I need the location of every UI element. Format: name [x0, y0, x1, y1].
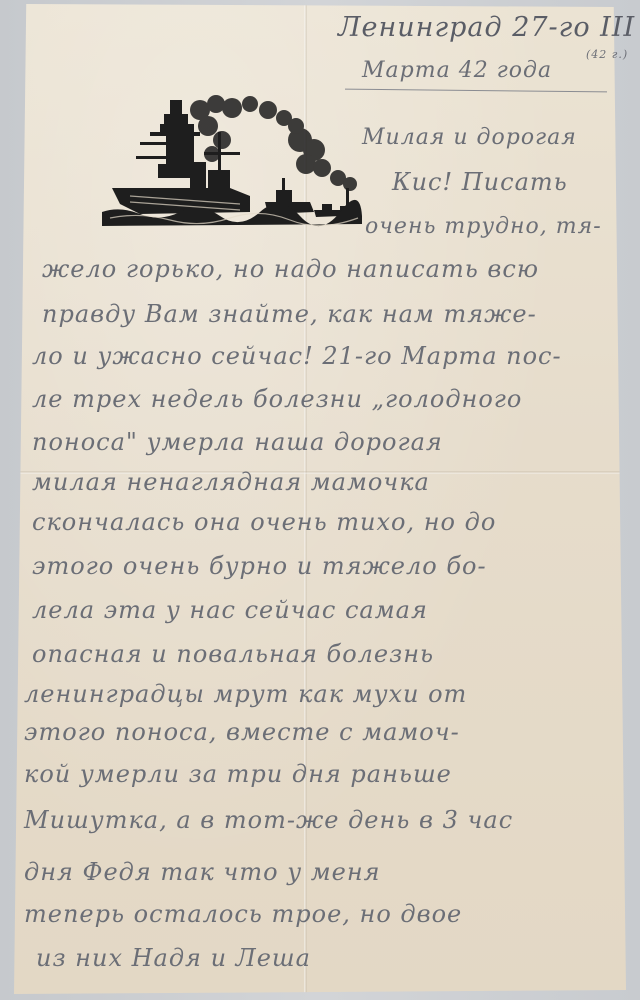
letter-margin-note: (42 г.): [586, 48, 628, 61]
letter-line-11: этого очень бурно и тяжело бо-: [32, 552, 487, 580]
letter-line-8: поноса" умерла наша дорогая: [32, 428, 443, 456]
letter-line-9: милая ненаглядная мамочка: [32, 468, 430, 496]
letter-line-14: ленинградцы мрут как мухи от: [24, 680, 467, 708]
letter-month-year: Марта 42 года: [362, 58, 552, 83]
letter-line-2: Кис! Писать: [392, 168, 568, 196]
letter-place-date: Ленинград 27-го III: [338, 12, 635, 43]
letter-line-6: ло и ужасно сейчас! 21-го Марта пос-: [32, 342, 562, 370]
letter-line-20: из них Надя и Леша: [36, 944, 311, 972]
letter-line-17: Мишутка, а в тот-же день в 3 час: [24, 806, 513, 834]
letter-line-18: дня Федя так что у меня: [24, 858, 381, 886]
letter-line-5: правду Вам знайте, как нам тяже-: [42, 300, 537, 328]
letter-line-3: очень трудно, тя-: [365, 214, 602, 239]
warship-fleet-icon: [100, 92, 362, 238]
letter-line-12: лела эта у нас сейчас самая: [32, 596, 428, 624]
letter-line-19: теперь осталось трое, но двое: [24, 900, 462, 928]
letter-line-13: опасная и повальная болезнь: [32, 640, 434, 668]
letter-line-7: ле трех недель болезни „голодного: [32, 385, 522, 413]
letter-line-10: скончалась она очень тихо, но до: [32, 508, 496, 536]
letter-line-1: Милая и дорогая: [362, 125, 577, 150]
letter-line-16: кой умерли за три дня раньше: [24, 760, 452, 788]
letter-line-15: этого поноса, вместе с мамоч-: [24, 718, 460, 746]
letter-line-4: жело горько, но надо написать всю: [42, 255, 539, 283]
